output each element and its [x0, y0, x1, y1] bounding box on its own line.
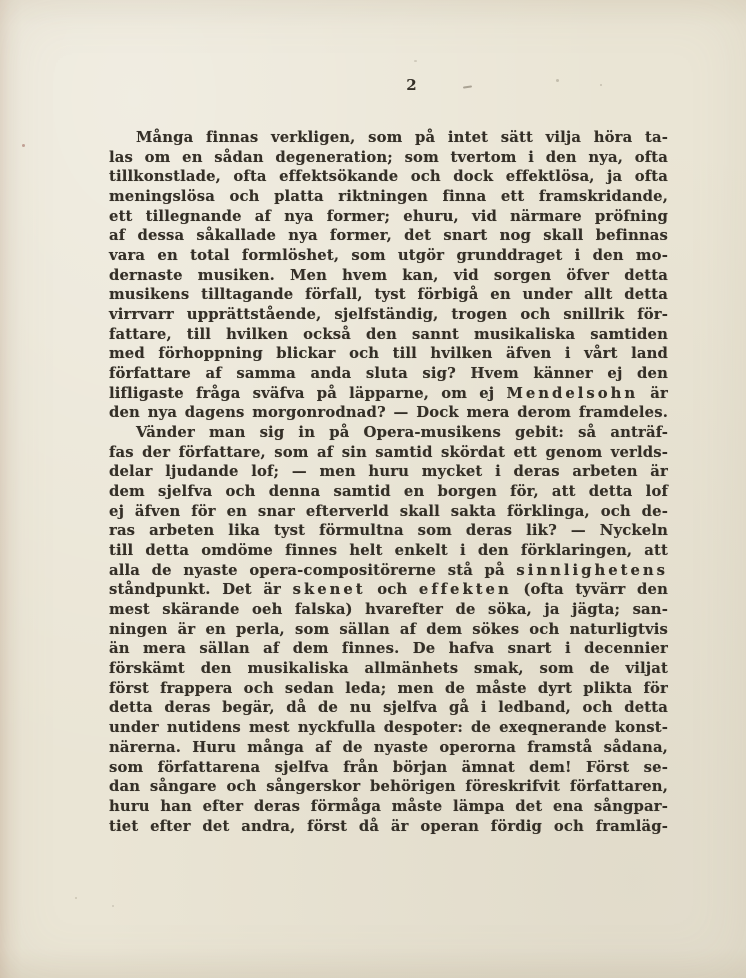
text-line: fas der författare, som af sin samtid sk… [109, 443, 668, 463]
text-line: delar ljudande lof; — men huru mycket i … [109, 462, 668, 482]
text-line: först frappera och sedan leda; men de må… [109, 679, 668, 699]
emphasis-spaced-word: Mendelsohn [506, 385, 638, 402]
text-line: musikens tilltagande förfall, tyst förbi… [109, 285, 668, 305]
emphasis-spaced-word: effekten [419, 581, 512, 598]
text-line: virrvarr upprättstående, sjelfständig, t… [109, 305, 668, 325]
ink-speckle [112, 905, 114, 907]
text-line: ej äfven för en snar efterverld skall sa… [109, 502, 668, 522]
text-line: tillkonstlade, ofta effektsökande och do… [109, 167, 668, 187]
text-line: till detta omdöme finnes helt enkelt i d… [109, 541, 668, 561]
page-number: 2 [110, 76, 668, 94]
emphasis-spaced-word: sinnlighetens [516, 562, 668, 579]
ink-speckle [600, 84, 602, 86]
text-line: lifligaste fråga sväfva på läpparne, om … [109, 384, 668, 404]
text-line: alla de nyaste opera-compositörerne stå … [109, 561, 668, 581]
text-line: ett tillegnande af nya former; ehuru, vi… [109, 207, 668, 227]
text-line: Många finnas verkligen, som på intet sät… [109, 128, 668, 148]
text-block: Många finnas verkligen, som på intet sät… [109, 128, 668, 836]
text-line: meningslösa och platta riktningen finna … [109, 187, 668, 207]
text-line: med förhoppning blickar och till hvilken… [109, 344, 668, 364]
text-line: las om en sådan degeneration; som tverto… [109, 148, 668, 168]
text-line: ståndpunkt. Det är skenet och effekten (… [109, 580, 668, 600]
text-line: dem sjelfva och denna samtid en borgen f… [109, 482, 668, 502]
text-line: detta deras begär, då de nu sjelfva gå i… [109, 698, 668, 718]
ink-speckle [22, 144, 25, 147]
text-line: än mera sällan af dem finnes. De hafva s… [109, 639, 668, 659]
emphasis-spaced-word: skenet [293, 581, 366, 598]
text-line: mest skärande oeh falska) hvarefter de s… [109, 600, 668, 620]
text-line: huru han efter deras förmåga måste lämpa… [109, 797, 668, 817]
text-line: vara en total formlöshet, som utgör grun… [109, 246, 668, 266]
text-line: den nya dagens morgonrodnad? — Dock mera… [109, 403, 668, 423]
text-line: ningen är en perla, som sällan af dem sö… [109, 620, 668, 640]
text-line: Vänder man sig in på Opera-musikens gebi… [109, 423, 668, 443]
text-line: förskämt den musikaliska allmänhets smak… [109, 659, 668, 679]
ink-speckle [75, 897, 77, 899]
text-line: ras arbeten lika tyst förmultna som dera… [109, 521, 668, 541]
text-line: fattare, till hvilken också den sannt mu… [109, 325, 668, 345]
text-line: närerna. Huru många af de nyaste operorn… [109, 738, 668, 758]
text-line: dernaste musiken. Men hvem kan, vid sorg… [109, 266, 668, 286]
text-line: under nutidens mest nyckfulla despoter: … [109, 718, 668, 738]
text-line: som författarena sjelfva från början ämn… [109, 758, 668, 778]
text-line: dan sångare och sångerskor behörigen för… [109, 777, 668, 797]
text-line: författare af samma anda sluta sig? Hvem… [109, 364, 668, 384]
text-line: tiet efter det andra, först då är operan… [109, 817, 668, 837]
scanned-page: 2 Många finnas verkligen, som på intet s… [0, 0, 746, 978]
text-line: af dessa såkallade nya former, det snart… [109, 226, 668, 246]
ink-speckle [556, 79, 559, 82]
ink-speckle [414, 60, 417, 62]
